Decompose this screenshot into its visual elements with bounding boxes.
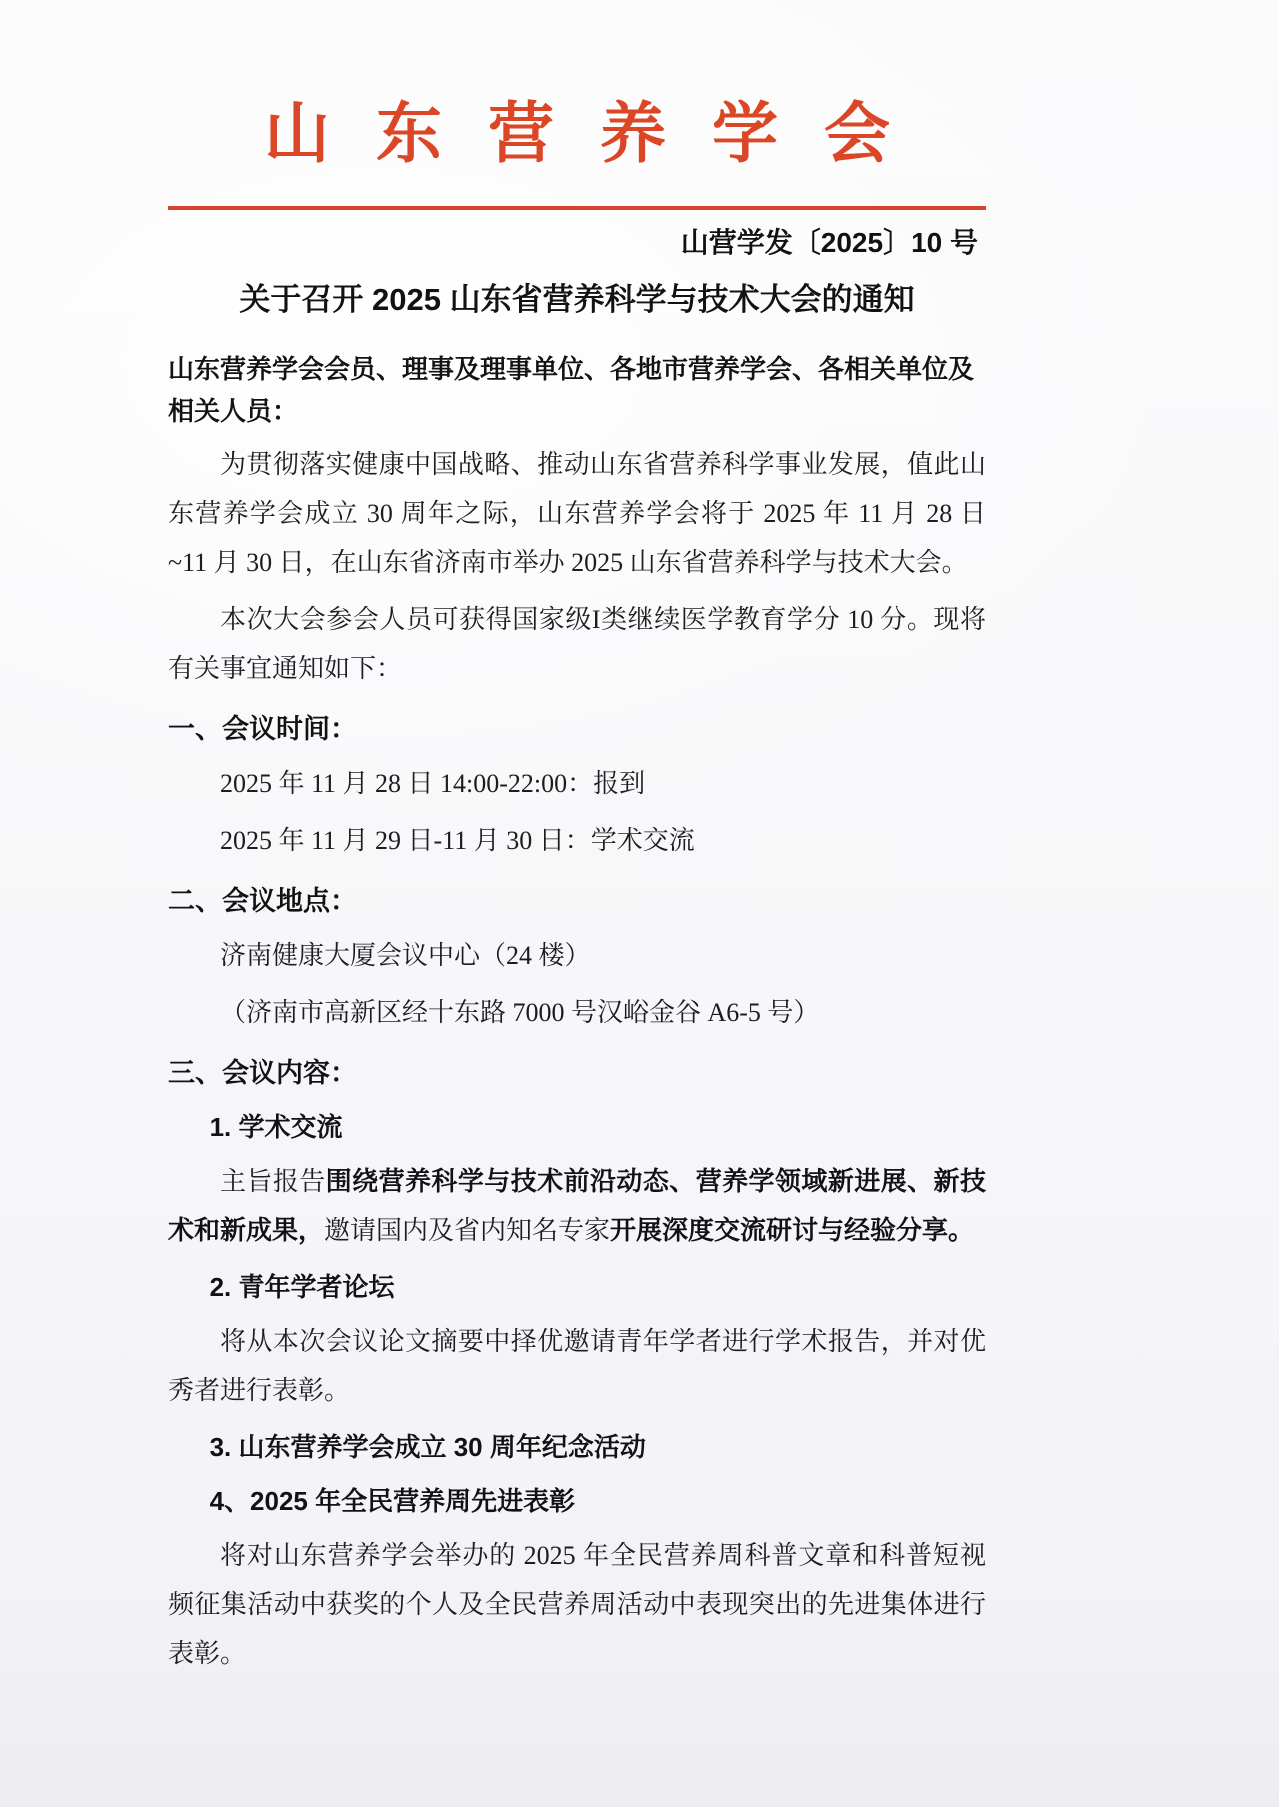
document-content: 山东营养学会 山营学发〔2025〕10 号 关于召开 2025 山东省营养科学与… <box>168 96 986 1678</box>
document-number: 山营学发〔2025〕10 号 <box>168 224 986 262</box>
salutation-line: 山东营养学会会员、理事及理事单位、各地市营养学会、各相关单位及相关人员： <box>168 348 986 432</box>
letterhead-org-name: 山东营养学会 <box>168 96 986 174</box>
section-3-item-1-label: 1. 学术交流 <box>168 1105 986 1149</box>
section-2-line-venue: 济南健康大厦会议中心（24 楼） <box>168 931 986 980</box>
section-3-item-4-paragraph: 将对山东营养学会举办的 2025 年全民营养周科普文章和科普短视频征集活动中获奖… <box>168 1531 986 1678</box>
section-3-item-3-label: 3. 山东营养学会成立 30 周年纪念活动 <box>168 1425 986 1469</box>
section-1-heading: 一、会议时间： <box>168 707 986 751</box>
intro-paragraph-1: 为贯彻落实健康中国战略、推动山东省营养科学事业发展，值此山东营养学会成立 30 … <box>168 440 986 587</box>
section-1-line-academic-exchange: 2025 年 11 月 29 日-11 月 30 日：学术交流 <box>168 816 986 865</box>
intro-paragraph-2: 本次大会参会人员可获得国家级I类继续医学教育学分 10 分。现将有关事宜通知如下… <box>168 595 986 693</box>
section-3-item-2-paragraph: 将从本次会议论文摘要中择优邀请青年学者进行学术报告，并对优秀者进行表彰。 <box>168 1317 986 1415</box>
section-3-item-2-label: 2. 青年学者论坛 <box>168 1265 986 1309</box>
section-3-item-4-label: 4、2025 年全民营养周先进表彰 <box>168 1479 986 1523</box>
section-1-line-registration: 2025 年 11 月 28 日 14:00-22:00：报到 <box>168 759 986 808</box>
letterhead-divider <box>168 206 986 210</box>
document-page: 山东营养学会 山营学发〔2025〕10 号 关于召开 2025 山东省营养科学与… <box>0 0 1279 1807</box>
section-3-item-1-paragraph: 主旨报告围绕营养科学与技术前沿动态、营养学领域新进展、新技术和新成果，邀请国内及… <box>168 1157 986 1255</box>
section-2-heading: 二、会议地点： <box>168 879 986 923</box>
section-3-heading: 三、会议内容： <box>168 1051 986 1095</box>
notice-title: 关于召开 2025 山东省营养科学与技术大会的通知 <box>168 278 986 322</box>
section-2-line-address: （济南市高新区经十东路 7000 号汉峪金谷 A6-5 号） <box>168 988 986 1037</box>
